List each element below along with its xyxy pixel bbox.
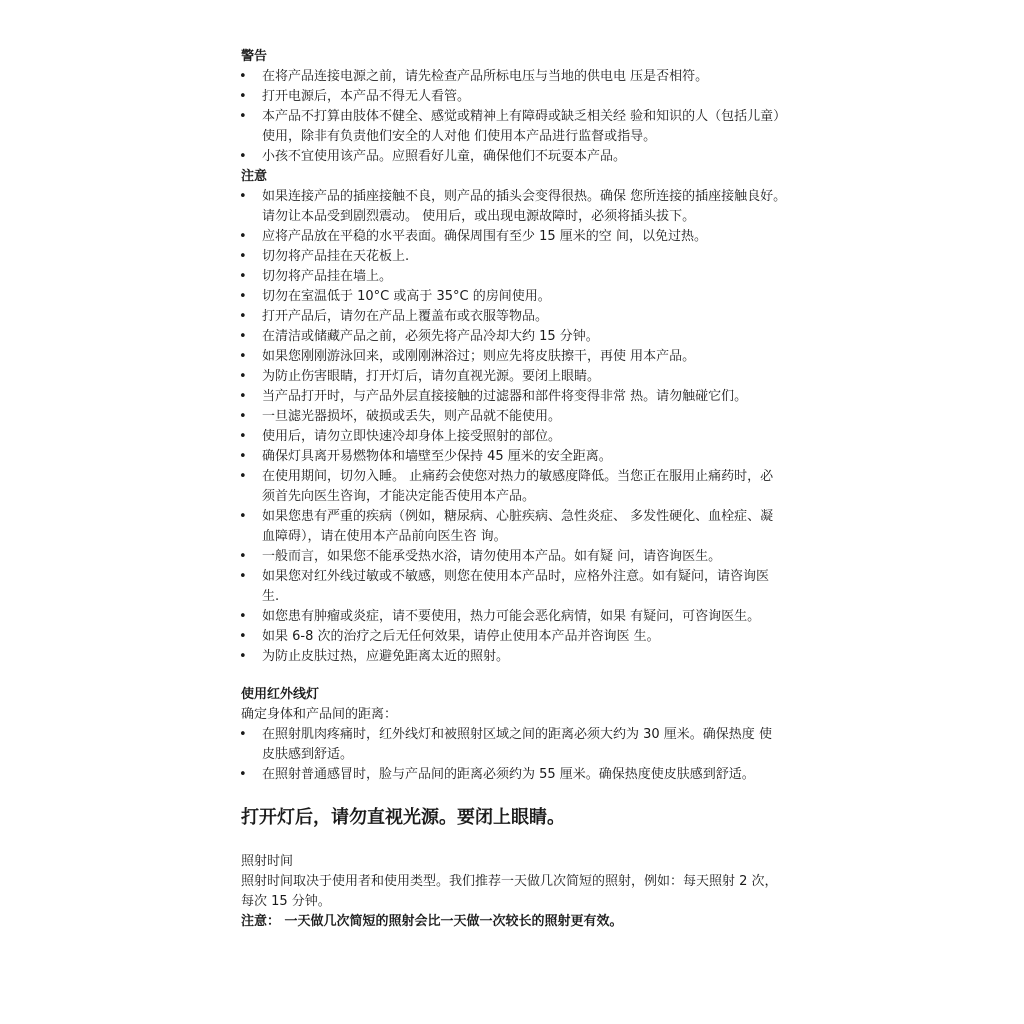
caution-item-12: 使用后，请勿立即快速冷却身体上接受照射的部位。 [262,427,561,447]
caution-item-14: 在使用期间，切勿入睡。 止痛药会使您对热力的敏感度降低。当您正在服用止痛药时，必 [262,467,773,487]
bullet-icon: • [239,627,247,647]
caution-item-17: 如果您对红外线过敏或不敏感，则您在使用本产品时，应格外注意。如有疑问，请咨询医 [262,567,769,587]
warning-item-2: 打开电源后，本产品不得无人看管。 [262,87,470,107]
caution-item-7: 在清洁或储藏产品之前，必须先将产品冷却大约 15 分钟。 [262,327,599,347]
caution-heading: 注意 [241,167,267,187]
warning-item-1: 在将产品连接电源之前，请先检查产品所标电压与当地的供电电 压是否相符。 [262,67,708,87]
caution-item-8: 如果您刚刚游泳回来，或刚刚淋浴过；则应先将皮肤擦干，再使 用本产品。 [262,347,695,367]
caution-item-20: 为防止皮肤过热，应避免距离太近的照射。 [262,647,509,667]
bullet-icon: • [239,147,247,167]
caution-item-15: 如果您患有严重的疾病（例如，糖尿病、心脏疾病、急性炎症、 多发性硬化、血栓症、凝 [262,507,773,527]
usage-item-1: 在照射肌肉疼痛时，红外线灯和被照射区域之间的距离必须大约为 30 厘米。确保热度… [262,725,772,745]
bullet-icon: • [239,287,247,307]
caution-item-4: 切勿将产品挂在墙上。 [262,267,392,287]
bullet-icon: • [239,607,247,627]
bullet-icon: • [239,247,247,267]
caution-item-16: 一般而言，如果您不能承受热水浴，请勿使用本产品。如有疑 问，请咨询医生。 [262,547,721,567]
bullet-icon: • [239,567,247,587]
bullet-icon: • [239,367,247,387]
warning-heading: 警告 [241,47,267,67]
bullet-icon: • [239,327,247,347]
bullet-icon: • [239,507,247,527]
bullet-icon: • [239,387,247,407]
exposure-heading: 照射时间 [241,852,293,872]
bullet-icon: • [239,227,247,247]
exposure-note: 注意： 一天做几次简短的照射会比一天做一次较长的照射更有效。 [241,912,623,932]
caution-item-11: 一旦滤光器损坏，破损或丢失，则产品就不能使用。 [262,407,561,427]
caution-item-1: 如果连接产品的插座接触不良，则产品的插头会变得很热。确保 您所连接的插座接触良好… [262,187,786,207]
caution-item-2: 应将产品放在平稳的水平表面。确保周围有至少 15 厘米的空 间，以免过热。 [262,227,707,247]
caution-item-5: 切勿在室温低于 10°C 或高于 35°C 的房间使用。 [262,287,551,307]
caution-item-15-cont: 血障碍），请在使用本产品前向医生咨 询。 [262,527,507,547]
exposure-body-2: 每次 15 分钟。 [241,892,331,912]
bullet-icon: • [239,725,247,745]
bullet-icon: • [239,187,247,207]
bullet-icon: • [239,67,247,87]
bullet-icon: • [239,107,247,127]
bullet-icon: • [239,347,247,367]
bullet-icon: • [239,267,247,287]
caution-item-14-cont: 须首先向医生咨询，才能决定能否使用本产品。 [262,487,535,507]
document-page: 警告 • 在将产品连接电源之前，请先检查产品所标电压与当地的供电电 压是否相符。… [0,0,1024,1024]
bullet-icon: • [239,307,247,327]
bullet-icon: • [239,427,247,447]
bullet-icon: • [239,467,247,487]
caution-item-6: 打开产品后，请勿在产品上覆盖布或衣服等物品。 [262,307,548,327]
big-warning: 打开灯后，请勿直视光源。要闭上眼睛。 [241,805,565,831]
bullet-icon: • [239,647,247,667]
warning-item-4: 小孩不宜使用该产品。应照看好儿童，确保他们不玩耍本产品。 [262,147,626,167]
caution-item-17-cont: 生. [262,587,279,607]
exposure-body-1: 照射时间取决于使用者和使用类型。我们推荐一天做几次简短的照射，例如：每天照射 2… [241,872,778,892]
caution-item-18: 如您患有肿瘤或炎症，请不要使用，热力可能会恶化病情，如果 有疑问，可咨询医生。 [262,607,760,627]
bullet-icon: • [239,407,247,427]
caution-item-1-cont: 请勿让本品受到剧烈震动。 使用后，或出现电源故障时，必须将插头拔下。 [262,207,695,227]
bullet-icon: • [239,547,247,567]
caution-item-10: 当产品打开时，与产品外层直接接触的过滤器和部件将变得非常 热。请勿触碰它们。 [262,387,747,407]
bullet-icon: • [239,765,247,785]
usage-subtitle: 确定身体和产品间的距离： [241,705,397,725]
caution-item-19: 如果 6-8 次的治疗之后无任何效果，请停止使用本产品并咨询医 生。 [262,627,660,647]
caution-item-9: 为防止伤害眼睛，打开灯后，请勿直视光源。要闭上眼睛。 [262,367,600,387]
caution-item-13: 确保灯具离开易燃物体和墙壁至少保持 45 厘米的安全距离。 [262,447,612,467]
bullet-icon: • [239,447,247,467]
caution-item-3: 切勿将产品挂在天花板上. [262,247,409,267]
warning-item-3: 本产品不打算由肢体不健全、感觉或精神上有障碍或缺乏相关经 验和知识的人（包括儿童… [262,107,786,127]
usage-item-2: 在照射普通感冒时，脸与产品间的距离必须约为 55 厘米。确保热度使皮肤感到舒适。 [262,765,755,785]
usage-heading: 使用红外线灯 [241,685,319,705]
usage-item-1-cont: 皮肤感到舒适。 [262,745,353,765]
warning-item-3-cont: 使用，除非有负责他们安全的人对他 们使用本产品进行监督或指导。 [262,127,656,147]
bullet-icon: • [239,87,247,107]
